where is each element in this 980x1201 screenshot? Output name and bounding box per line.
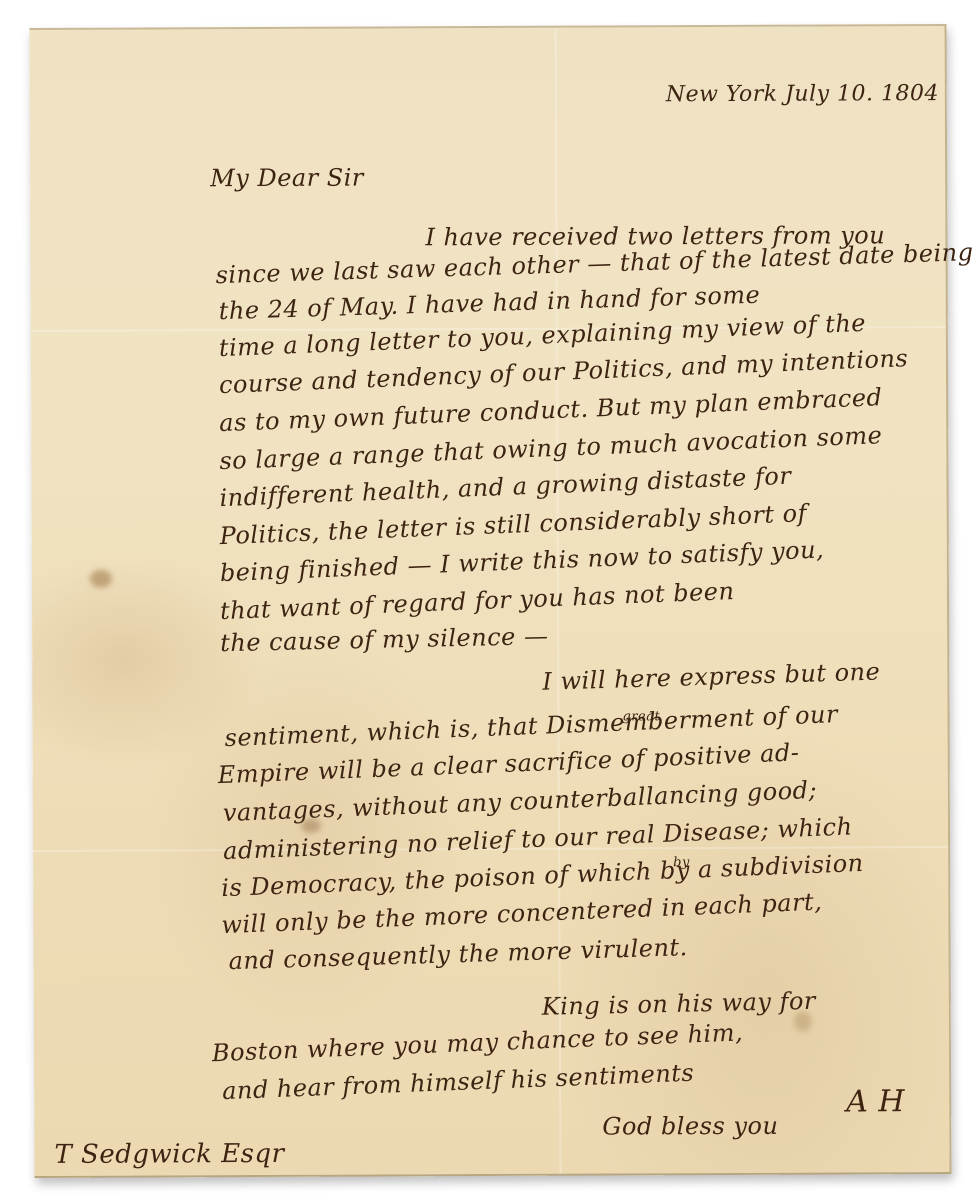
letter-paper: New York July 10. 1804 My Dear Sir I hav… — [29, 24, 951, 1178]
body-line: I will here express but one — [542, 657, 881, 695]
addressee: T Sedgwick Esqr — [54, 1139, 284, 1170]
salutation: My Dear Sir — [210, 164, 364, 193]
body-line: the cause of my silence — — [220, 622, 549, 657]
closing: God bless you — [602, 1112, 778, 1141]
dateline: New York July 10. 1804 — [666, 81, 939, 107]
body-line: and consequently the more virulent. — [228, 933, 688, 975]
signature: A H — [846, 1084, 905, 1119]
body-line: King is on his way for — [541, 987, 816, 1021]
body-line: that want of regard for you has not been — [219, 577, 734, 625]
ink-stain — [90, 570, 112, 588]
body-line: and hear from himself his sentiments — [222, 1059, 695, 1106]
